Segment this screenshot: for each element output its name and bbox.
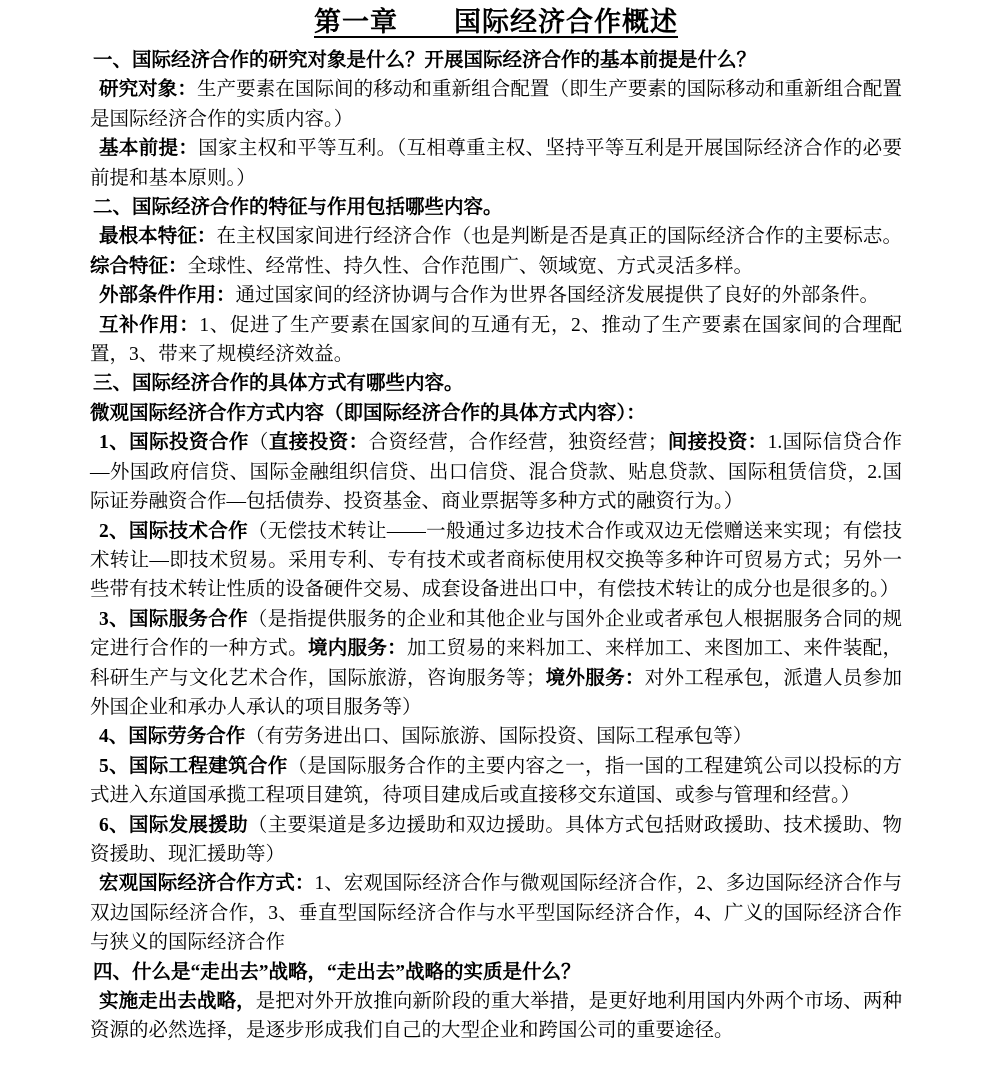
document-page: 第一章 国际经济合作概述 一、国际经济合作的研究对象是什么？开展国际经济合作的基… xyxy=(0,0,984,1074)
paragraph-14: 5、国际工程建筑合作（是国际服务合作的主要内容之一，指一国的工程建筑公司以投标的… xyxy=(90,752,902,811)
text-run: 研究对象： xyxy=(99,79,197,100)
paragraph-13: 4、国际劳务合作（有劳务进出口、国际旅游、国际投资、国际工程承包等） xyxy=(90,722,902,751)
paragraph-9: 微观国际经济合作方式内容（即国际经济合作的具体方式内容）： xyxy=(90,399,902,428)
text-run: 四、什么是“走出去”战略，“走出去”战略的实质是什么？ xyxy=(93,962,581,983)
text-run: 在主权国家间进行经济合作（也是判断是否是真正的国际经济合作的主要标志。 xyxy=(217,226,902,247)
text-run: 5、国际工程建筑合作 xyxy=(99,756,288,777)
text-run: 微观国际经济合作方式内容（即国际经济合作的具体方式内容）： xyxy=(90,403,646,424)
paragraph-2: 研究对象：生产要素在国际间的移动和重新组合配置（即生产要素的国际移动和重新组合配… xyxy=(90,75,902,134)
text-run: 1、国际投资合作 xyxy=(99,432,249,453)
text-run: 直接投资： xyxy=(269,432,369,453)
text-run: 合资经营，合作经营，独资经营； xyxy=(369,432,668,453)
text-run: 3、国际服务合作 xyxy=(99,609,248,630)
text-run: 宏观国际经济合作方式： xyxy=(99,873,314,894)
text-run: 生产要素在国际间的移动和重新组合配置（即生产要素的国际移动和重新组合配置是国际经… xyxy=(90,79,902,129)
paragraph-17: 四、什么是“走出去”战略，“走出去”战略的实质是什么？ xyxy=(90,958,902,987)
paragraph-8: 三、国际经济合作的具体方式有哪些内容。 xyxy=(90,369,902,398)
text-run: 6、国际发展援助 xyxy=(99,815,248,836)
text-run: 1、促进了生产要素在国家间的互通有无，2、推动了生产要素在国家间的合理配置，3、… xyxy=(90,315,902,365)
text-run: 最根本特征： xyxy=(99,226,217,247)
text-run: 三、国际经济合作的具体方式有哪些内容。 xyxy=(93,373,464,394)
paragraph-16: 宏观国际经济合作方式：1、宏观国际经济合作与微观国际经济合作，2、多边国际经济合… xyxy=(90,869,902,957)
text-run: 4、国际劳务合作 xyxy=(99,726,245,747)
paragraph-1: 一、国际经济合作的研究对象是什么？开展国际经济合作的基本前提是什么？ xyxy=(90,46,902,75)
paragraph-12: 3、国际服务合作（是指提供服务的企业和其他企业与国外企业或者承包人根据服务合同的… xyxy=(90,605,902,723)
text-run: 综合特征： xyxy=(90,256,188,277)
paragraph-5: 最根本特征：在主权国家间进行经济合作（也是判断是否是真正的国际经济合作的主要标志… xyxy=(90,222,902,281)
text-run: 全球性、经常性、持久性、合作范围广、领域宽、方式灵活多样。 xyxy=(188,256,754,277)
text-run: 一、国际经济合作的研究对象是什么？开展国际经济合作的基本前提是什么？ xyxy=(93,50,756,71)
page-title-text: 第一章 国际经济合作概述 xyxy=(314,7,678,37)
text-run: 国家主权和平等互利。（互相尊重主权、坚持平等互利是开展国际经济合作的必要前提和基… xyxy=(90,138,902,188)
paragraph-10: 1、国际投资合作（直接投资：合资经营，合作经营，独资经营；间接投资：1.国际信贷… xyxy=(90,428,902,516)
paragraph-11: 2、国际技术合作（无偿技术转让——一般通过多边技术合作或双边无偿赠送来实现；有偿… xyxy=(90,517,902,605)
text-run: 二、国际经济合作的特征与作用包括哪些内容。 xyxy=(93,197,503,218)
text-run: 实施走出去战略， xyxy=(99,991,256,1012)
text-run: 通过国家间的经济协调与合作为世界各国经济发展提供了良好的外部条件。 xyxy=(236,285,880,306)
text-run: （ xyxy=(249,432,269,453)
text-run: 间接投资： xyxy=(667,432,767,453)
paragraph-15: 6、国际发展援助（主要渠道是多边援助和双边援助。具体方式包括财政援助、技术援助、… xyxy=(90,811,902,870)
text-run: 境内服务： xyxy=(308,638,407,659)
text-run: 基本前提： xyxy=(99,138,198,159)
paragraph-18: 实施走出去战略，是把对外开放推向新阶段的重大举措，是更好地利用国内外两个市场、两… xyxy=(90,987,902,1046)
paragraph-7: 互补作用：1、促进了生产要素在国家间的互通有无，2、推动了生产要素在国家间的合理… xyxy=(90,311,902,370)
text-run: （有劳务进出口、国际旅游、国际投资、国际工程承包等） xyxy=(245,726,752,747)
paragraph-6: 外部条件作用：通过国家间的经济协调与合作为世界各国经济发展提供了良好的外部条件。 xyxy=(90,281,902,310)
paragraph-3: 基本前提：国家主权和平等互利。（互相尊重主权、坚持平等互利是开展国际经济合作的必… xyxy=(90,134,902,193)
text-run: 外部条件作用： xyxy=(99,285,236,306)
text-run: 互补作用： xyxy=(99,315,199,336)
document-content: 一、国际经济合作的研究对象是什么？开展国际经济合作的基本前提是什么？研究对象：生… xyxy=(90,46,902,1046)
page-title: 第一章 国际经济合作概述 xyxy=(90,4,902,40)
text-run: 2、国际技术合作 xyxy=(99,521,248,542)
text-run: 境外服务： xyxy=(545,668,644,689)
paragraph-4: 二、国际经济合作的特征与作用包括哪些内容。 xyxy=(90,193,902,222)
